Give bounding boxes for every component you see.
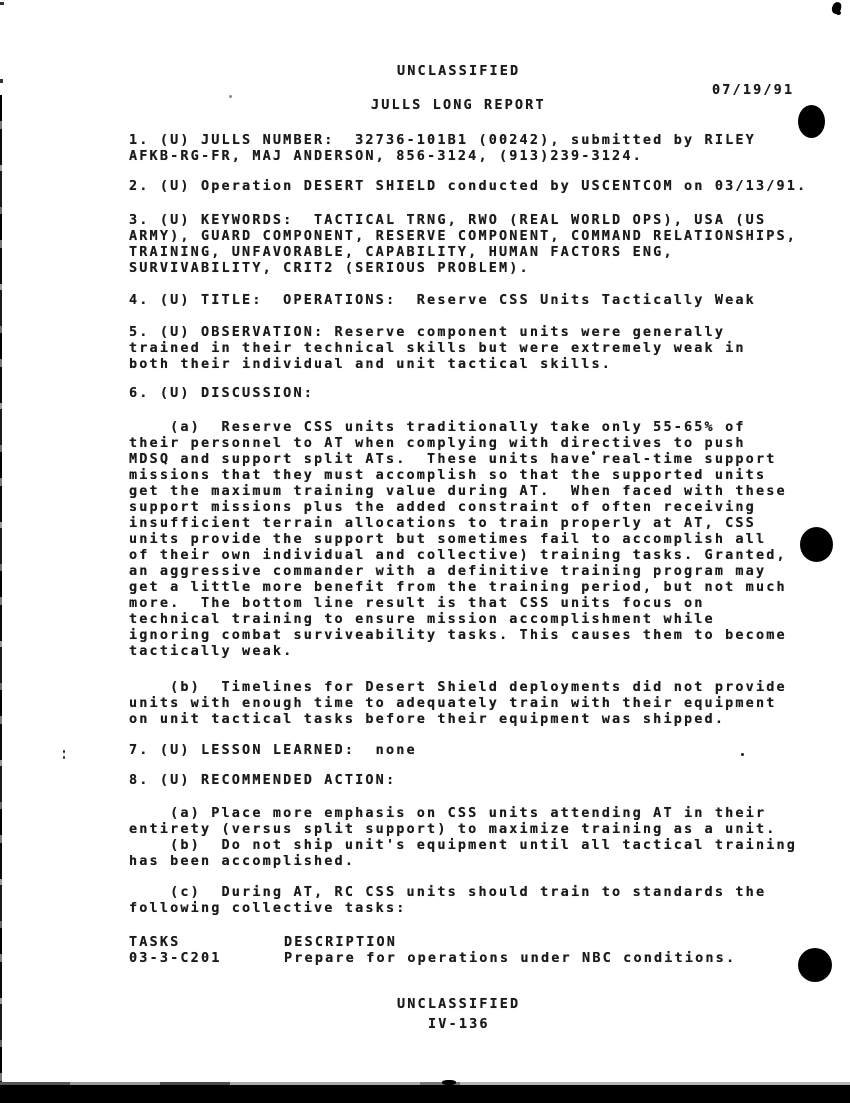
ink-blob-tail-artifact [836,11,841,15]
task-id-cell: 03-3-C201 [129,950,222,966]
speck-artifact [592,451,595,455]
para-discussion-heading: 6. (U) DISCUSSION: [129,385,314,401]
para-discussion-a: (a) Reserve CSS units traditionally take… [129,419,787,659]
para-recommended-action-ab: (a) Place more emphasis on CSS units att… [129,805,797,869]
para-recommended-action-heading: 8. (U) RECOMMENDED ACTION: [129,772,396,788]
tasks-column-header: TASKS [129,934,180,950]
para-julls-number: 1. (U) JULLS NUMBER: 32736-101B1 (00242)… [129,132,756,164]
description-column-header: DESCRIPTION [284,934,397,950]
para-lesson-learned: 7. (U) LESSON LEARNED: none [129,742,417,758]
edge-dash-artifact [0,79,3,83]
para-observation: 5. (U) OBSERVATION: Reserve component un… [129,324,746,372]
para-discussion-b: (b) Timelines for Desert Shield deployme… [129,679,787,727]
classification-banner-top: UNCLASSIFIED [397,63,520,79]
para-title-line: 4. (U) TITLE: OPERATIONS: Reserve CSS Un… [129,292,756,308]
scanned-document-page: UNCLASSIFIED 07/19/91 JULLS LONG REPORT … [0,0,850,1103]
speck-artifact [741,753,744,756]
edge-dash-artifact [0,2,4,5]
classification-banner-bottom: UNCLASSIFIED [397,996,520,1012]
page-number: IV-136 [428,1016,490,1032]
hole-punch-mark-top [798,105,825,138]
hole-punch-mark-bottom [798,948,832,982]
speck-artifact [229,95,232,98]
speck-artifact [63,756,65,759]
left-edge-scan-strip [0,95,2,1085]
report-title: JULLS LONG REPORT [371,97,546,113]
para-recommended-action-c: (c) During AT, RC CSS units should train… [129,884,766,916]
bottom-scan-bar [0,1085,850,1103]
report-date: 07/19/91 [712,82,794,98]
para-operation: 2. (U) Operation DESERT SHIELD conducted… [129,178,807,194]
para-keywords: 3. (U) KEYWORDS: TACTICAL TRNG, RWO (REA… [129,212,797,276]
speck-artifact [63,750,65,753]
hole-punch-mark-middle [800,527,833,562]
task-description-cell: Prepare for operations under NBC conditi… [284,950,736,966]
